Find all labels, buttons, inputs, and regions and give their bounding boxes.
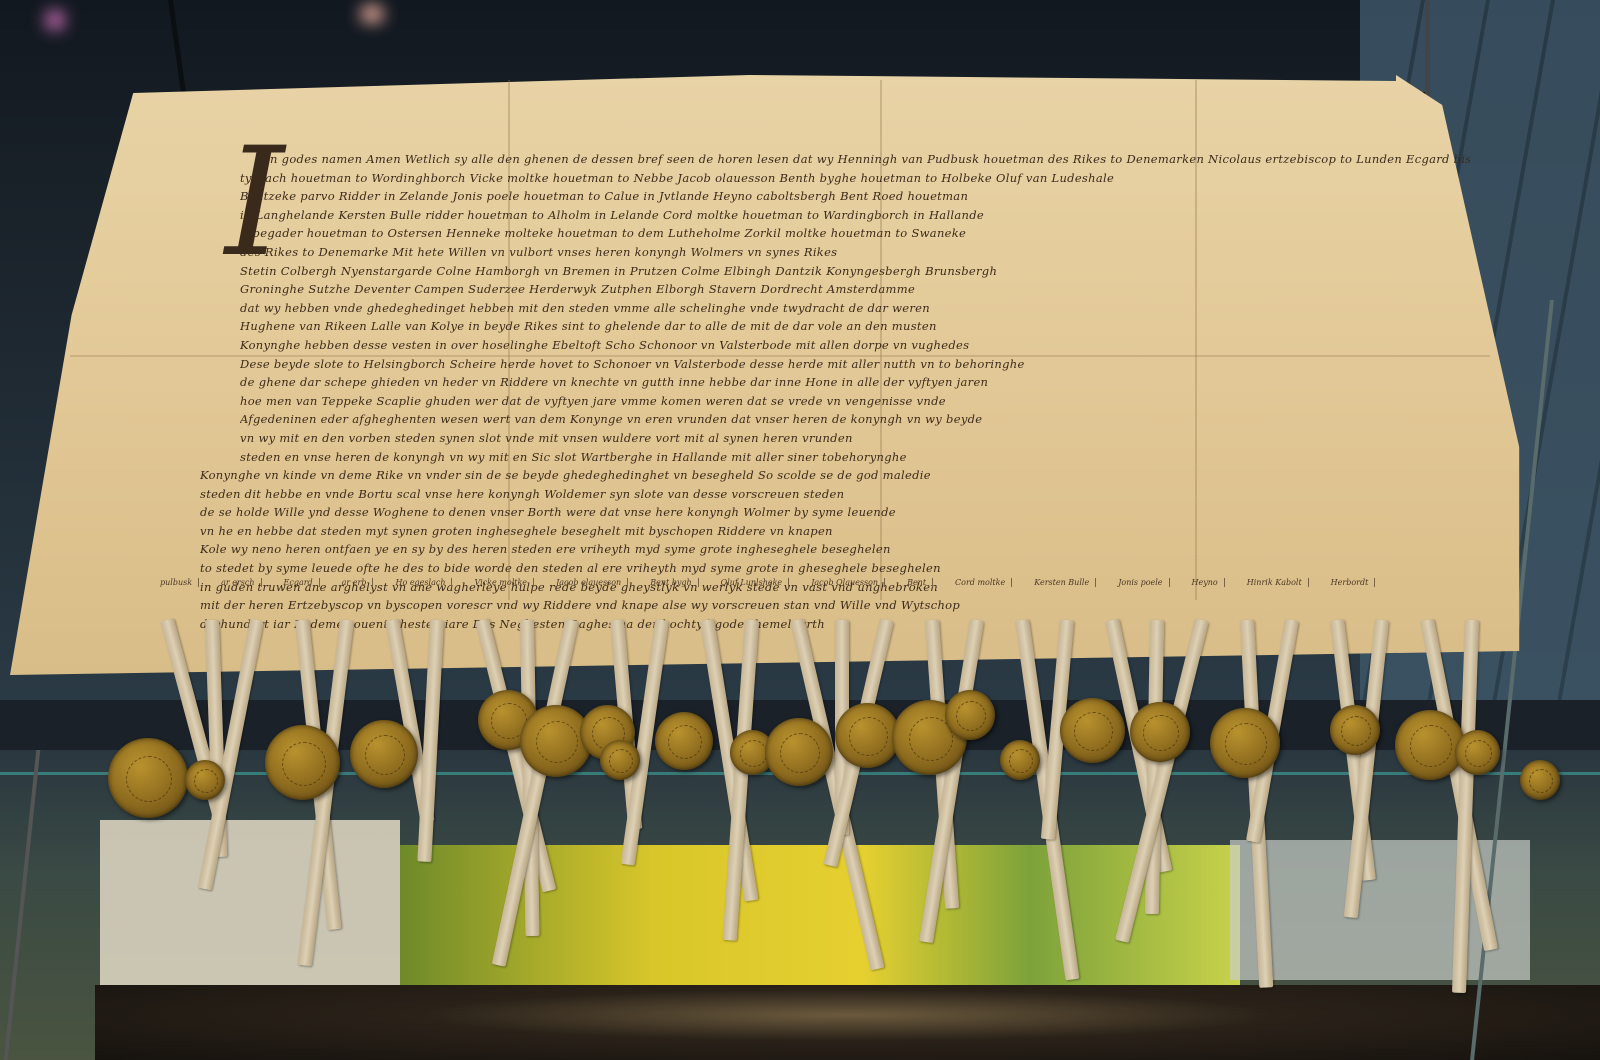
charter-line: in Langhelande Kersten Bulle ridder houe…	[240, 206, 1470, 225]
signature: Ho egeslach	[395, 578, 452, 587]
charter-line: mit der heren Ertzebyscop vn byscopen vo…	[200, 596, 1470, 615]
charter-line: dat wy hebben vnde ghedeghedinget hebben…	[240, 299, 1470, 318]
wax-seal	[765, 718, 833, 786]
wax-seal	[1060, 698, 1125, 763]
charter-line: vn wy mit en den vorben steden synen slo…	[240, 429, 1470, 448]
charter-line: Afgedeninen eder afgheghenten wesen wert…	[240, 410, 1470, 429]
signature: Kersten Bulle	[1034, 578, 1096, 587]
charter-line: Bentzeke parvo Ridder in Zelande Jonis p…	[240, 187, 1470, 206]
wax-seal	[1210, 708, 1280, 778]
signature: Heyno	[1192, 578, 1225, 587]
signature: Cord moltke	[955, 578, 1012, 587]
signature: Bent bygh	[650, 578, 698, 587]
signature: Ecgard	[284, 578, 320, 587]
charter-line: steden dit hebbe en vnde Bortu scal vnse…	[200, 485, 1470, 504]
signature: Herbordt	[1331, 578, 1376, 587]
charter-line: tyrbach houetman to Wordinghborch Vicke …	[240, 169, 1470, 188]
charter-line: Kole wy neno heren ontfaen ye en sy by d…	[200, 540, 1470, 559]
wax-seal	[945, 690, 995, 740]
signature: Oluf Lunlsheke	[721, 578, 790, 587]
wax-seal	[1330, 705, 1380, 755]
signature-row: pulbuskar erschEcgardar erbHo egeslachVi…	[160, 578, 1480, 587]
charter-line: de ghene dar schepe ghieden vn heder vn …	[240, 373, 1470, 392]
wax-seal	[835, 703, 900, 768]
charter-line: Stetin Colbergh Nyenstargarde Colne Hamb…	[240, 262, 1470, 281]
wax-seal	[1000, 740, 1040, 780]
signature: ar ersch	[221, 578, 261, 587]
charter-line: Hughene van Rikeen Lalle van Kolye in be…	[240, 317, 1470, 336]
display-base	[95, 985, 1600, 1060]
charter-line: Dese beyde slote to Helsingborch Scheire…	[240, 355, 1470, 374]
wax-seal	[108, 738, 188, 818]
charter-line: des Rikes to Denemarke Mit hete Willen v…	[240, 243, 1470, 262]
wax-seal	[185, 760, 225, 800]
wax-seal	[1130, 702, 1190, 762]
light-reflection	[360, 5, 384, 23]
signature: Jonis poele	[1118, 578, 1169, 587]
wax-seal	[1455, 730, 1500, 775]
signature: Jacob Olauesson	[811, 578, 885, 587]
wax-seal	[655, 712, 713, 770]
signature: Jacob olauesson	[556, 578, 628, 587]
charter-line: hoe men van Teppeke Scaplie ghuden wer d…	[240, 392, 1470, 411]
wax-seal	[350, 720, 418, 788]
charter-line: Jubegader houetman to Ostersen Henneke m…	[240, 224, 1470, 243]
charter-line: Groninghe Sutzhe Deventer Campen Suderze…	[240, 280, 1470, 299]
signature: Bent	[907, 578, 933, 587]
charter-text: n godes namen Amen Wetlich sy alle den g…	[270, 150, 1470, 633]
signature: ar erb	[342, 578, 374, 587]
light-reflection	[45, 10, 65, 30]
charter-line: steden en vnse heren de konyngh vn wy mi…	[240, 448, 1470, 467]
signature: Hinrik Kabolt	[1247, 578, 1309, 587]
charter-line: de se holde Wille ynd desse Woghene to d…	[200, 503, 1470, 522]
charter-line: n godes namen Amen Wetlich sy alle den g…	[270, 150, 1470, 169]
charter-line: to stedet by syme leuede ofte he des to …	[200, 559, 1470, 578]
wax-seal	[1395, 710, 1465, 780]
wax-seal	[1520, 760, 1560, 800]
signature: pulbusk	[160, 578, 199, 587]
signature: Vicke moltke	[474, 578, 534, 587]
wall-reflection	[100, 820, 400, 990]
wax-seal	[265, 725, 340, 800]
charter-line: vn he en hebbe dat steden myt synen grot…	[200, 522, 1470, 541]
charter-line: Konynghe hebben desse vesten in over hos…	[240, 336, 1470, 355]
wax-seal	[600, 740, 640, 780]
charter-line: Konynghe vn kinde vn deme Rike vn vnder …	[200, 466, 1470, 485]
